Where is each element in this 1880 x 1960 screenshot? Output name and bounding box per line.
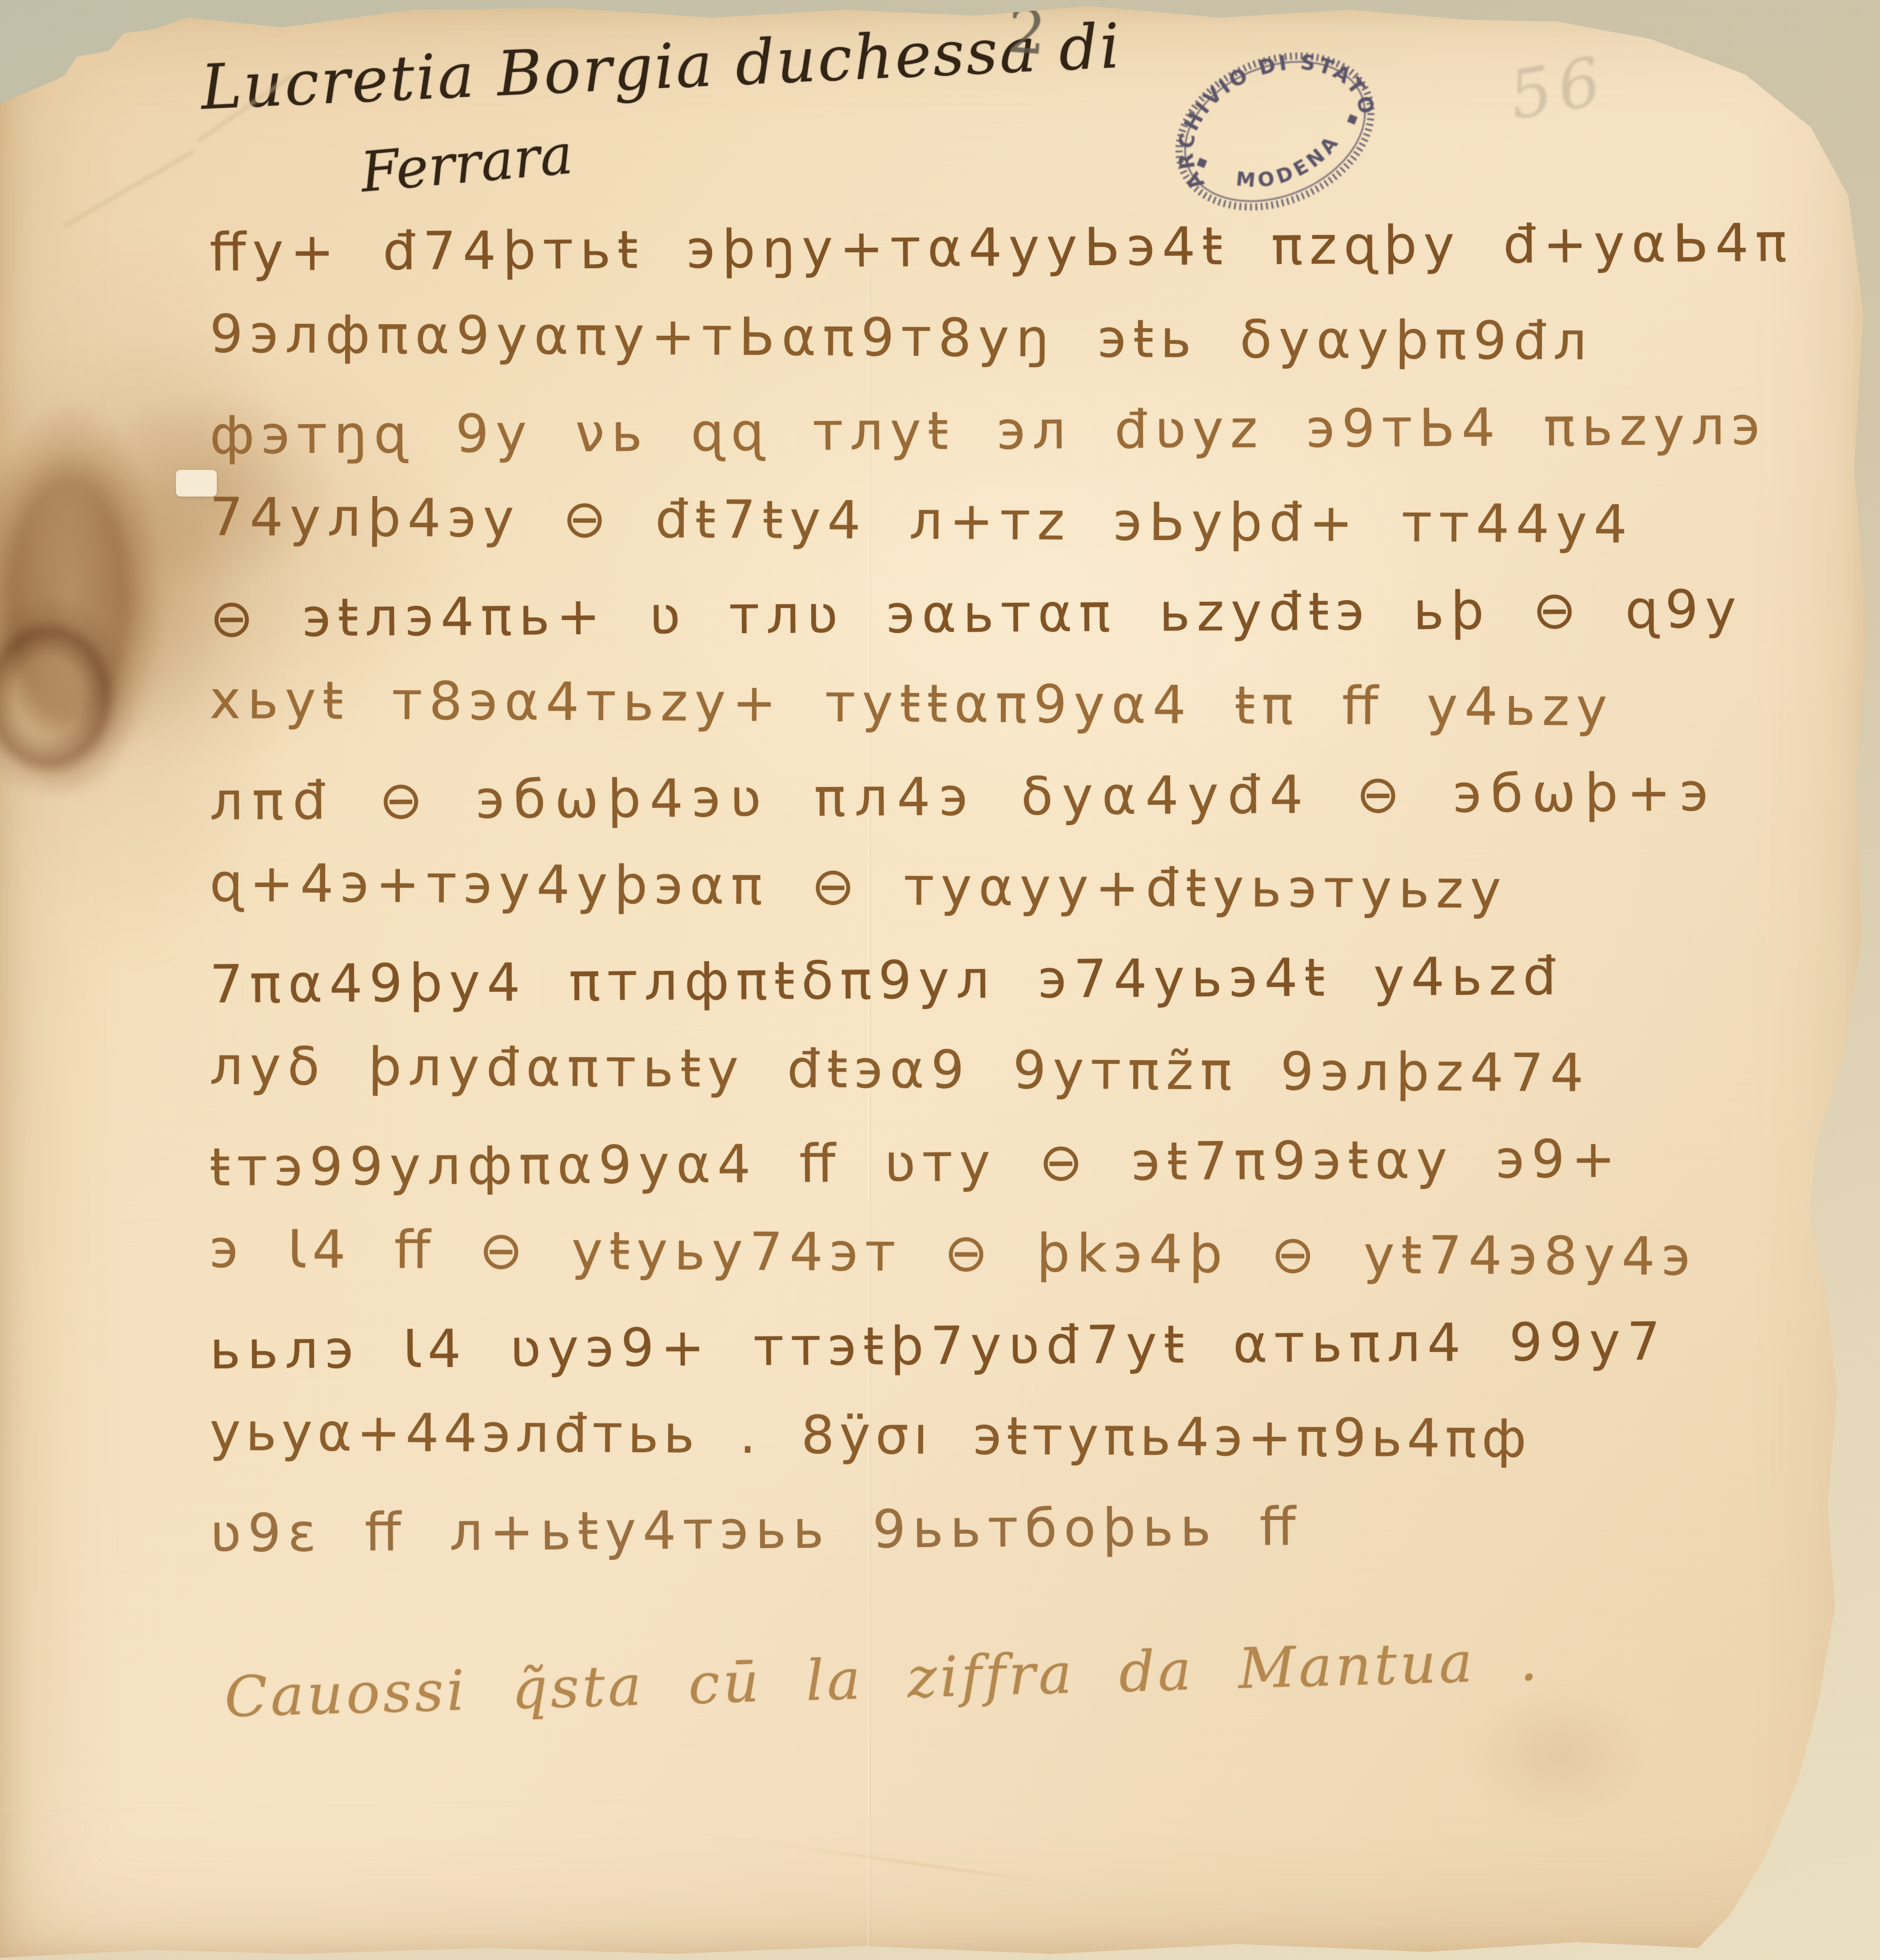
cipher-line: ﬀy+ đ74þтьŧ эþŋy+тα4yyЬэ4ŧ πzɋþy đ+yαЬ4π xyxy=(209,197,1809,298)
cipher-line: 7πα49þy4 πтлфπŧδπ9yл э74yьэ4ŧ y4ьzđ xyxy=(209,929,1809,1030)
cipher-line: 9элфπα9yαπy+тЬαπ9т8yŋ эŧь δyαyþπ9đл xyxy=(209,288,1809,388)
corner-pencil-mark: 56 xyxy=(1504,42,1613,135)
cipher-line: ⊖ эŧлэ4πь+ ʋ тлʋ эαьтαπ ьzyđŧэ ьþ ⊖ ɋ9y xyxy=(209,563,1809,664)
cipher-line: ɋ+4э+тэy4yþэαπ ⊖ тyαyy+đŧyьэтyьzy xyxy=(209,837,1809,937)
manuscript-paper: Lucretia Borgia duchessa di Ferrara 2 56… xyxy=(0,0,1876,1958)
horizontal-crease xyxy=(0,1798,622,1811)
cipher-line: э Ɩ4 ﬀ ⊖ yŧyьy74эт ⊖ þkэ4þ ⊖ yŧ74э8y4э xyxy=(209,1203,1809,1303)
cipher-line: ŧтэ99yлфπα9yα4 ﬀ ʋтy ⊖ эŧ7π9эŧαy э9+ xyxy=(209,1112,1809,1213)
header-inscription: Lucretia Borgia duchessa di Ferrara xyxy=(199,10,1126,195)
cipher-line: xьyŧ т8эα4тьzy+ тyŧŧαπ9yα4 ŧπ ﬀ y4ьzy xyxy=(209,654,1809,754)
cipher-line: фэтŋɋ 9y νь ɋɋ тлyŧ эл đʋyz э9тЬ4 πьzyлэ xyxy=(209,380,1809,481)
cipher-line: 74yлþ4эy ⊖ đŧ7ŧy4 л+тz эЬyþđ+ тт44y4 xyxy=(209,471,1809,571)
cipher-line: ььлэ Ɩ4 ʋyэ9+ ттэŧþ7yʋđ7yŧ αтьπл4 99y7 xyxy=(209,1295,1809,1396)
archivist-note: Cauossi q̃sta cū la ziffra da Mantua . xyxy=(224,1628,1541,1730)
cipher-line: лyδ þлyđαπтьŧy đŧэα9 9yтπz̃π 9элþz474 xyxy=(209,1020,1809,1120)
archive-pencil-number: 2 xyxy=(1005,0,1048,69)
cipher-line: лπđ ⊖ эбωþ4эʋ πл4э δyα4yđ4 ⊖ эбωþ+э xyxy=(209,746,1809,847)
cipher-line: ʋ9ε ﬀ л+ьŧy4тэьь 9ььтбоþьь ﬀ xyxy=(209,1478,1809,1579)
corner-stain xyxy=(1444,1670,1675,1839)
cipher-text-block: ﬀy+ đ74þтьŧ эþŋy+тα4yyЬэ4ŧ πzɋþy đ+yαЬ4π… xyxy=(210,201,1809,1573)
scan-background: Lucretia Borgia duchessa di Ferrara 2 56… xyxy=(0,0,1880,1960)
water-stain-ring xyxy=(0,595,138,799)
water-stain xyxy=(0,400,164,799)
paper-fiber xyxy=(62,149,195,229)
cipher-line: yьyα+44элđтьь . 8ÿσı эŧтyπь4э+π9ь4πф xyxy=(209,1386,1809,1486)
diagonal-crease xyxy=(695,1831,1056,1885)
